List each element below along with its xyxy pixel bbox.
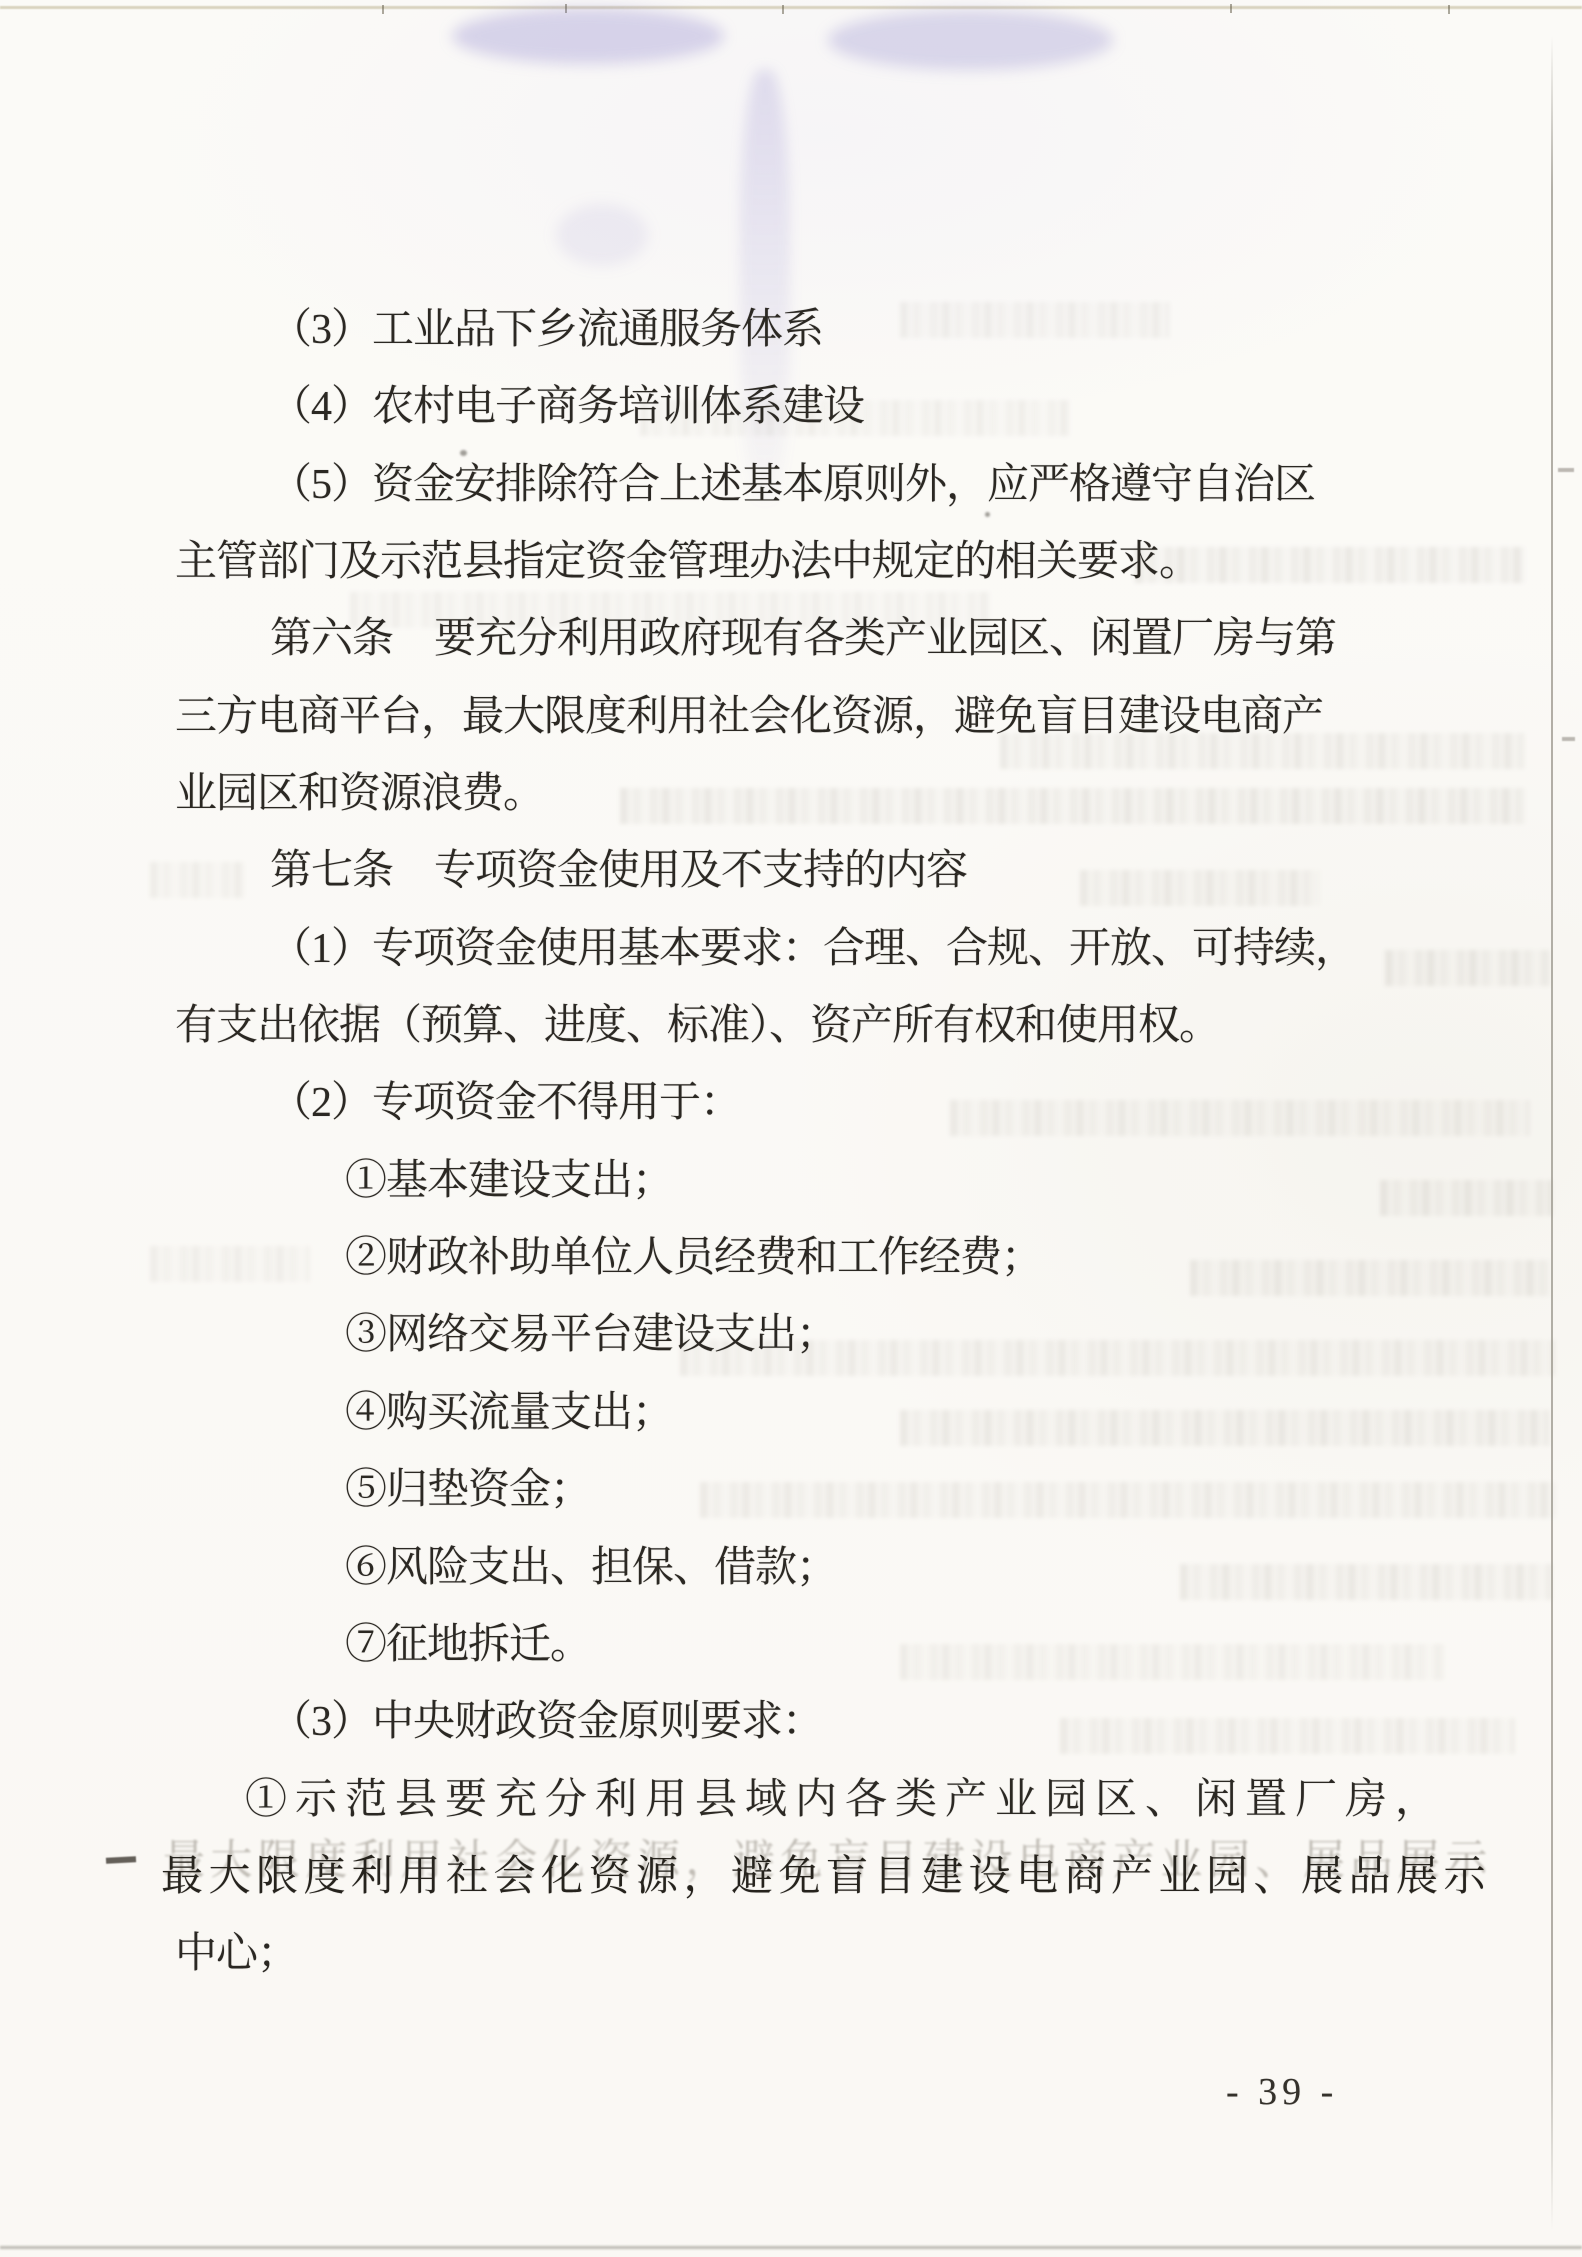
page-fold-line [1551,36,1553,2231]
document-line: 第六条 要充分利用政府现有各类产业园区、闲置厂房与第 [175,607,1370,684]
document-line: ⑦征地拆迁。 [175,1613,1370,1690]
document-line: （2）专项资金不得用于： [175,1071,1370,1148]
right-margin-dash [1562,737,1575,741]
page-top-edge-line [0,6,1582,9]
document-line: 三方电商平台，最大限度利用社会化资源，避免盲目建设电商产 [175,685,1370,762]
page-number: - 39 - [1226,2070,1338,2114]
document-line: 第七条 专项资金使用及不支持的内容 [175,839,1370,916]
bleedthrough-ghost [1380,1180,1552,1216]
left-margin-dash [106,1856,136,1864]
scan-tick-mark [1448,5,1450,14]
document-line: ①示范县要充分利用县域内各类产业园区、闲置厂房， [175,1768,1370,1845]
ink-smudge-top-right [828,10,1113,70]
right-margin-dash [1558,468,1574,472]
document-line: （1）专项资金使用基本要求：合理、合规、开放、可持续， [175,917,1370,994]
document-line: ⑥风险支出、担保、借款； [175,1536,1370,1613]
document-line: ②财政补助单位人员经费和工作经费； [175,1226,1370,1303]
document-line: （3）工业品下乡流通服务体系 [175,298,1370,375]
scanned-document-page: （3）工业品下乡流通服务体系 （4）农村电子商务培训体系建设 （5）资金安排除符… [0,0,1582,2257]
document-line: ③网络交易平台建设支出； [175,1303,1370,1380]
document-line: （3）中央财政资金原则要求： [175,1690,1370,1767]
document-line: （5）资金安排除符合上述基本原则外，应严格遵守自治区 [175,453,1370,530]
document-line: ④购买流量支出； [175,1381,1370,1458]
document-line: 中心； [175,1922,1370,1999]
page-bottom-edge-line [0,2246,1582,2249]
ink-smudge-top-left [452,8,724,64]
scan-tick-mark [782,5,784,14]
document-line: ①基本建设支出； [175,1149,1370,1226]
scan-tick-mark [1230,4,1232,13]
document-line: 业园区和资源浪费。 [175,762,1370,839]
document-body: （3）工业品下乡流通服务体系 （4）农村电子商务培训体系建设 （5）资金安排除符… [175,298,1370,2000]
document-line-smeared: 最大限度利用社会化资源，避免盲目建设电商产业园、展品展示 [161,1845,1370,1922]
bleedthrough-ghost [1385,950,1550,986]
ink-smudge-faint [556,204,648,266]
scan-tick-mark [382,5,384,14]
document-line: 主管部门及示范县指定资金管理办法中规定的相关要求。 [175,530,1370,607]
document-line: 有支出依据（预算、进度、标准）、资产所有权和使用权。 [175,994,1370,1071]
document-line: ⑤归垫资金； [175,1458,1370,1535]
document-line: （4）农村电子商务培训体系建设 [175,375,1370,452]
